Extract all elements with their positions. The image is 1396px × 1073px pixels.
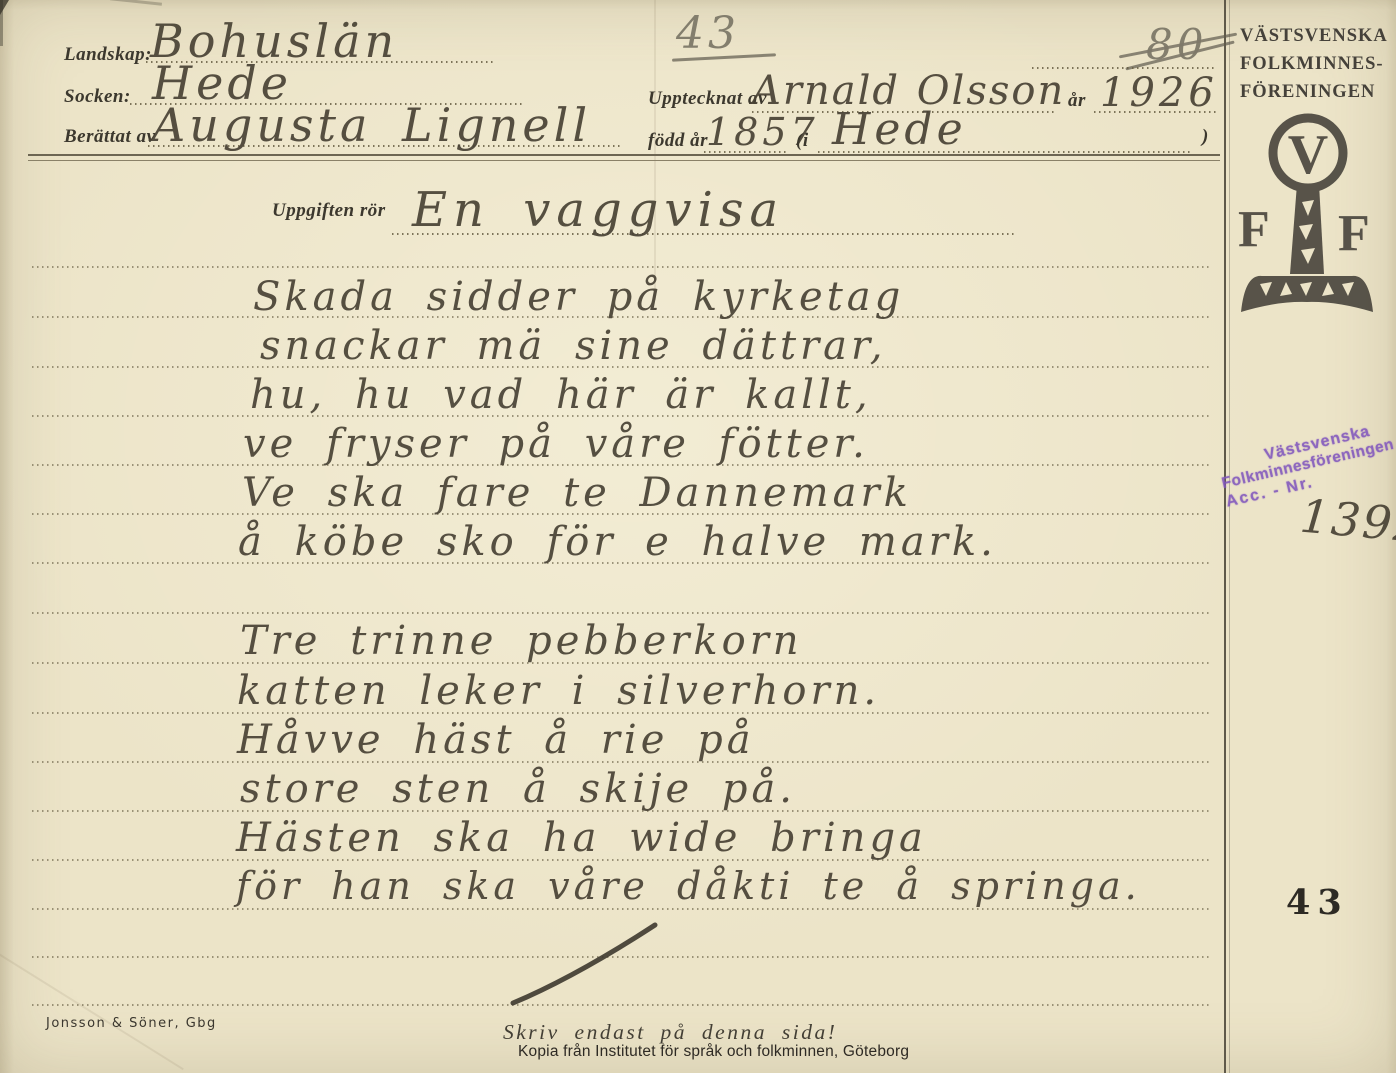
- verse-line: Skada sidder på kyrketag: [253, 274, 904, 320]
- verse-line: Håvve häst å rie på: [237, 717, 755, 763]
- verse-line: Ve ska fare te Dannemark: [242, 470, 912, 516]
- verse-line: Hästen ska ha wide bringa: [236, 815, 927, 861]
- association-name-line: VÄSTSVENSKA: [1240, 22, 1390, 50]
- field-value-fodd-place: Hede: [832, 104, 967, 155]
- header-divider: [28, 154, 1220, 161]
- svg-text:F: F: [1238, 201, 1270, 258]
- svg-text:V: V: [1288, 124, 1328, 186]
- subject-label: Uppgiften rör: [272, 200, 386, 222]
- field-label-landskap: Landskap:: [64, 44, 152, 66]
- association-name: VÄSTSVENSKA FOLKMINNES- FÖRENINGEN: [1240, 22, 1390, 106]
- verse-line: ve fryser på våre fötter.: [243, 421, 869, 467]
- field-value-ar: 1926: [1100, 70, 1218, 116]
- write-only-instruction: Skriv endast på denna sida!: [503, 1020, 837, 1045]
- verse-line: för han ska våre dåkti te å springa.: [236, 864, 1141, 908]
- verse-line: katten leker i silverhorn.: [237, 668, 880, 714]
- ruled-line: [32, 266, 1212, 268]
- association-name-line: FOLKMINNES-: [1240, 50, 1390, 78]
- verse-line: store sten å skije på.: [240, 766, 796, 812]
- end-slash-mark: [505, 915, 665, 1010]
- corner-page-number: 43: [1286, 882, 1349, 923]
- svg-text:F: F: [1338, 205, 1370, 262]
- association-name-line: FÖRENINGEN: [1240, 78, 1390, 106]
- field-label-berattat: Berättat av: [64, 126, 156, 148]
- archive-copy-note: Kopia från Institutet för språk och folk…: [518, 1043, 909, 1061]
- field-label-socken: Socken:: [64, 86, 131, 108]
- folklore-record-card: Landskap: Bohuslän Socken: Hede Berättat…: [0, 0, 1396, 1073]
- field-label-fodd: född år: [648, 130, 708, 152]
- field-label-upptecknat: Upptecknat av: [648, 88, 767, 110]
- verse-line: Tre trinne pebberkorn: [240, 618, 803, 664]
- verse-line: snackar mä sine dättrar,: [260, 323, 886, 369]
- field-label-fodd-place-close: ): [1202, 126, 1209, 148]
- field-value-berattat: Augusta Lignell: [152, 98, 591, 152]
- subject-value: En vaggvisa: [412, 182, 784, 238]
- field-label-ar: år: [1068, 90, 1086, 112]
- verse-line: å köbe sko för e halve mark.: [238, 519, 997, 565]
- vertical-separator: [1224, 0, 1226, 1073]
- scan-artifact: [0, 0, 3, 46]
- ruled-line: [32, 908, 1212, 910]
- verse-line: hu, hu vad här är kallt,: [250, 372, 872, 418]
- thor-hammer-logo-icon: V F F: [1236, 106, 1378, 318]
- page-number-pencil: 43: [676, 8, 740, 59]
- ruled-line: [32, 612, 1212, 614]
- paper-crease: [0, 952, 184, 1070]
- printer-credit: Jonsson & Söner, Gbg: [46, 1016, 217, 1031]
- field-label-fodd-place-open: (i: [796, 130, 809, 152]
- scan-artifact: [110, 0, 162, 6]
- acc-number: 1392: [1298, 489, 1396, 554]
- vertical-separator-faint: [1229, 0, 1230, 1073]
